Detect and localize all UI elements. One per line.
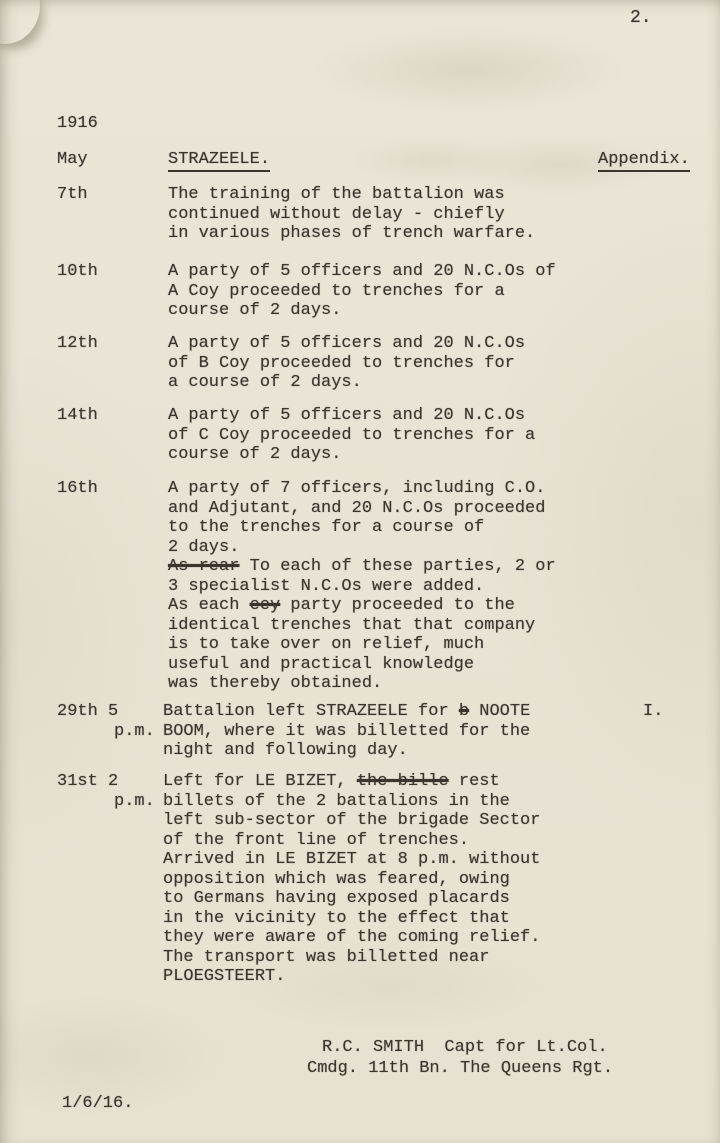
entry-line: continued without delay - chiefly [168, 205, 535, 225]
text-segment: to the trenches for a course of [168, 518, 484, 537]
text-segment: is to take over on relief, much [168, 635, 484, 654]
entry-line: of B Coy proceeded to trenches for [168, 354, 525, 374]
text-segment: billets of the 2 battalions in the [163, 792, 510, 811]
entry-line: course of 2 days. [168, 445, 535, 465]
entry-line: a course of 2 days. [168, 373, 525, 393]
entry-body: A party of 5 officers and 20 N.C.Osof B … [168, 334, 525, 393]
month-label: May [57, 150, 88, 169]
text-segment: in various phases of trench warfare. [168, 224, 535, 243]
entry-line: to Germans having exposed placards [163, 889, 540, 909]
struck-text: b [459, 702, 469, 721]
text-segment: As each [168, 596, 250, 615]
entry-line: is to take over on relief, much [168, 635, 556, 655]
text-segment: of C Coy proceeded to trenches for a [168, 426, 535, 445]
entry-date: 29th 5 [57, 702, 118, 721]
text-segment: The training of the battalion was [168, 185, 505, 204]
entry-line: night and following day. [163, 741, 530, 761]
text-segment: they were aware of the coming relief. [163, 928, 540, 947]
entry-line: A party of 5 officers and 20 N.C.Os of [168, 262, 556, 282]
signature-line-1: R.C. SMITH Capt for Lt.Col. [322, 1038, 608, 1057]
text-segment: 2 days. [168, 538, 239, 557]
struck-text: As-rear [168, 557, 239, 576]
entry-line: 2 days. [168, 538, 556, 558]
entry-date: 7th [57, 185, 88, 204]
text-segment: party proceeded to the [280, 596, 515, 615]
entry-date: 14th [57, 406, 98, 425]
entry-date: 10th [57, 262, 98, 281]
paper-corner-shadow [0, 0, 40, 44]
entry-line: The training of the battalion was [168, 185, 535, 205]
entry-line: useful and practical knowledge [168, 655, 556, 675]
entry-time: p.m. [114, 722, 155, 741]
text-segment: Left for LE BIZET, [163, 772, 357, 791]
entry-line: PLOEGSTEERT. [163, 967, 540, 987]
entry-body: A party of 7 officers, including C.O.and… [168, 479, 556, 694]
entry-line: of C Coy proceeded to trenches for a [168, 426, 535, 446]
entry-line: was thereby obtained. [168, 674, 556, 694]
text-segment: left sub-sector of the brigade Sector [163, 811, 540, 830]
document-page: 2. 1916 May STRAZEELE. Appendix. 7thThe … [0, 0, 720, 1143]
text-segment: 3 specialist N.C.Os were added. [168, 577, 484, 596]
entry-line: Battalion left STRAZEELE for b NOOTE [163, 702, 530, 722]
entry-line: course of 2 days. [168, 301, 556, 321]
text-segment: A party of 5 officers and 20 N.C.Os of [168, 262, 556, 281]
text-segment: rest [449, 772, 500, 791]
text-segment: NOOTE [469, 702, 530, 721]
entry-body: Left for LE BIZET, the-bille restbillets… [163, 772, 540, 987]
entry-line: Arrived in LE BIZET at 8 p.m. without [163, 850, 540, 870]
text-segment: continued without delay - chiefly [168, 205, 505, 224]
entry-line: left sub-sector of the brigade Sector [163, 811, 540, 831]
entry-line: As each eey party proceeded to the [168, 596, 556, 616]
entry-line: of the front line of trenches. [163, 831, 540, 851]
page-number: 2. [630, 8, 652, 28]
text-segment: A party of 7 officers, including C.O. [168, 479, 545, 498]
text-segment: A party of 5 officers and 20 N.C.Os [168, 334, 525, 353]
text-segment: and Adjutant, and 20 N.C.Os proceeded [168, 499, 545, 518]
signature-line-2: Cmdg. 11th Bn. The Queens Rgt. [307, 1059, 613, 1078]
entry-line: A party of 7 officers, including C.O. [168, 479, 556, 499]
entry-date: 31st 2 [57, 772, 118, 791]
entry-line: identical trenches that that company [168, 616, 556, 636]
entry-line: billets of the 2 battalions in the [163, 792, 540, 812]
entry-body: The training of the battalion wascontinu… [168, 185, 535, 244]
text-segment: identical trenches that that company [168, 616, 535, 635]
entry-line: Left for LE BIZET, the-bille rest [163, 772, 540, 792]
text-segment: To each of these parties, 2 or [239, 557, 555, 576]
entry-line: A party of 5 officers and 20 N.C.Os [168, 334, 525, 354]
entry-line: A Coy proceeded to trenches for a [168, 282, 556, 302]
entry-date: 12th [57, 334, 98, 353]
text-segment: useful and practical knowledge [168, 655, 474, 674]
text-segment: in the vicinity to the effect that [163, 909, 510, 928]
text-segment: Battalion left STRAZEELE for [163, 702, 459, 721]
entry-body: A party of 5 officers and 20 N.C.Osof C … [168, 406, 535, 465]
footer-date: 1/6/16. [62, 1094, 133, 1113]
entry-time: p.m. [114, 792, 155, 811]
text-segment: night and following day. [163, 741, 408, 760]
text-segment: A party of 5 officers and 20 N.C.Os [168, 406, 525, 425]
year-label: 1916 [57, 114, 98, 133]
text-segment: Arrived in LE BIZET at 8 p.m. without [163, 850, 540, 869]
text-segment: course of 2 days. [168, 301, 341, 320]
text-segment: of B Coy proceeded to trenches for [168, 354, 515, 373]
place-heading: STRAZEELE. [168, 150, 270, 172]
appendix-heading: Appendix. [598, 150, 690, 172]
entry-date: 16th [57, 479, 98, 498]
text-segment: A Coy proceeded to trenches for a [168, 282, 505, 301]
struck-text: the-bille [357, 772, 449, 791]
entry-body: A party of 5 officers and 20 N.C.Os ofA … [168, 262, 556, 321]
text-segment: to Germans having exposed placards [163, 889, 510, 908]
entry-line: The transport was billetted near [163, 948, 540, 968]
text-segment: opposition which was feared, owing [163, 870, 510, 889]
entry-line: 3 specialist N.C.Os were added. [168, 577, 556, 597]
struck-text: eey [250, 596, 281, 615]
text-segment: was thereby obtained. [168, 674, 382, 693]
text-segment: a course of 2 days. [168, 373, 362, 392]
entry-appendix-ref: I. [643, 702, 663, 721]
text-segment: of the front line of trenches. [163, 831, 469, 850]
entry-line: BOOM, where it was billetted for the [163, 722, 530, 742]
entry-line: in various phases of trench warfare. [168, 224, 535, 244]
entry-line: to the trenches for a course of [168, 518, 556, 538]
text-segment: PLOEGSTEERT. [163, 967, 285, 986]
text-segment: BOOM, where it was billetted for the [163, 722, 530, 741]
entry-line: opposition which was feared, owing [163, 870, 540, 890]
text-segment: The transport was billetted near [163, 948, 489, 967]
entry-line: and Adjutant, and 20 N.C.Os proceeded [168, 499, 556, 519]
entry-line: As-rear To each of these parties, 2 or [168, 557, 556, 577]
entry-line: A party of 5 officers and 20 N.C.Os [168, 406, 535, 426]
entry-body: Battalion left STRAZEELE for b NOOTEBOOM… [163, 702, 530, 761]
entry-line: in the vicinity to the effect that [163, 909, 540, 929]
entry-line: they were aware of the coming relief. [163, 928, 540, 948]
text-segment: course of 2 days. [168, 445, 341, 464]
